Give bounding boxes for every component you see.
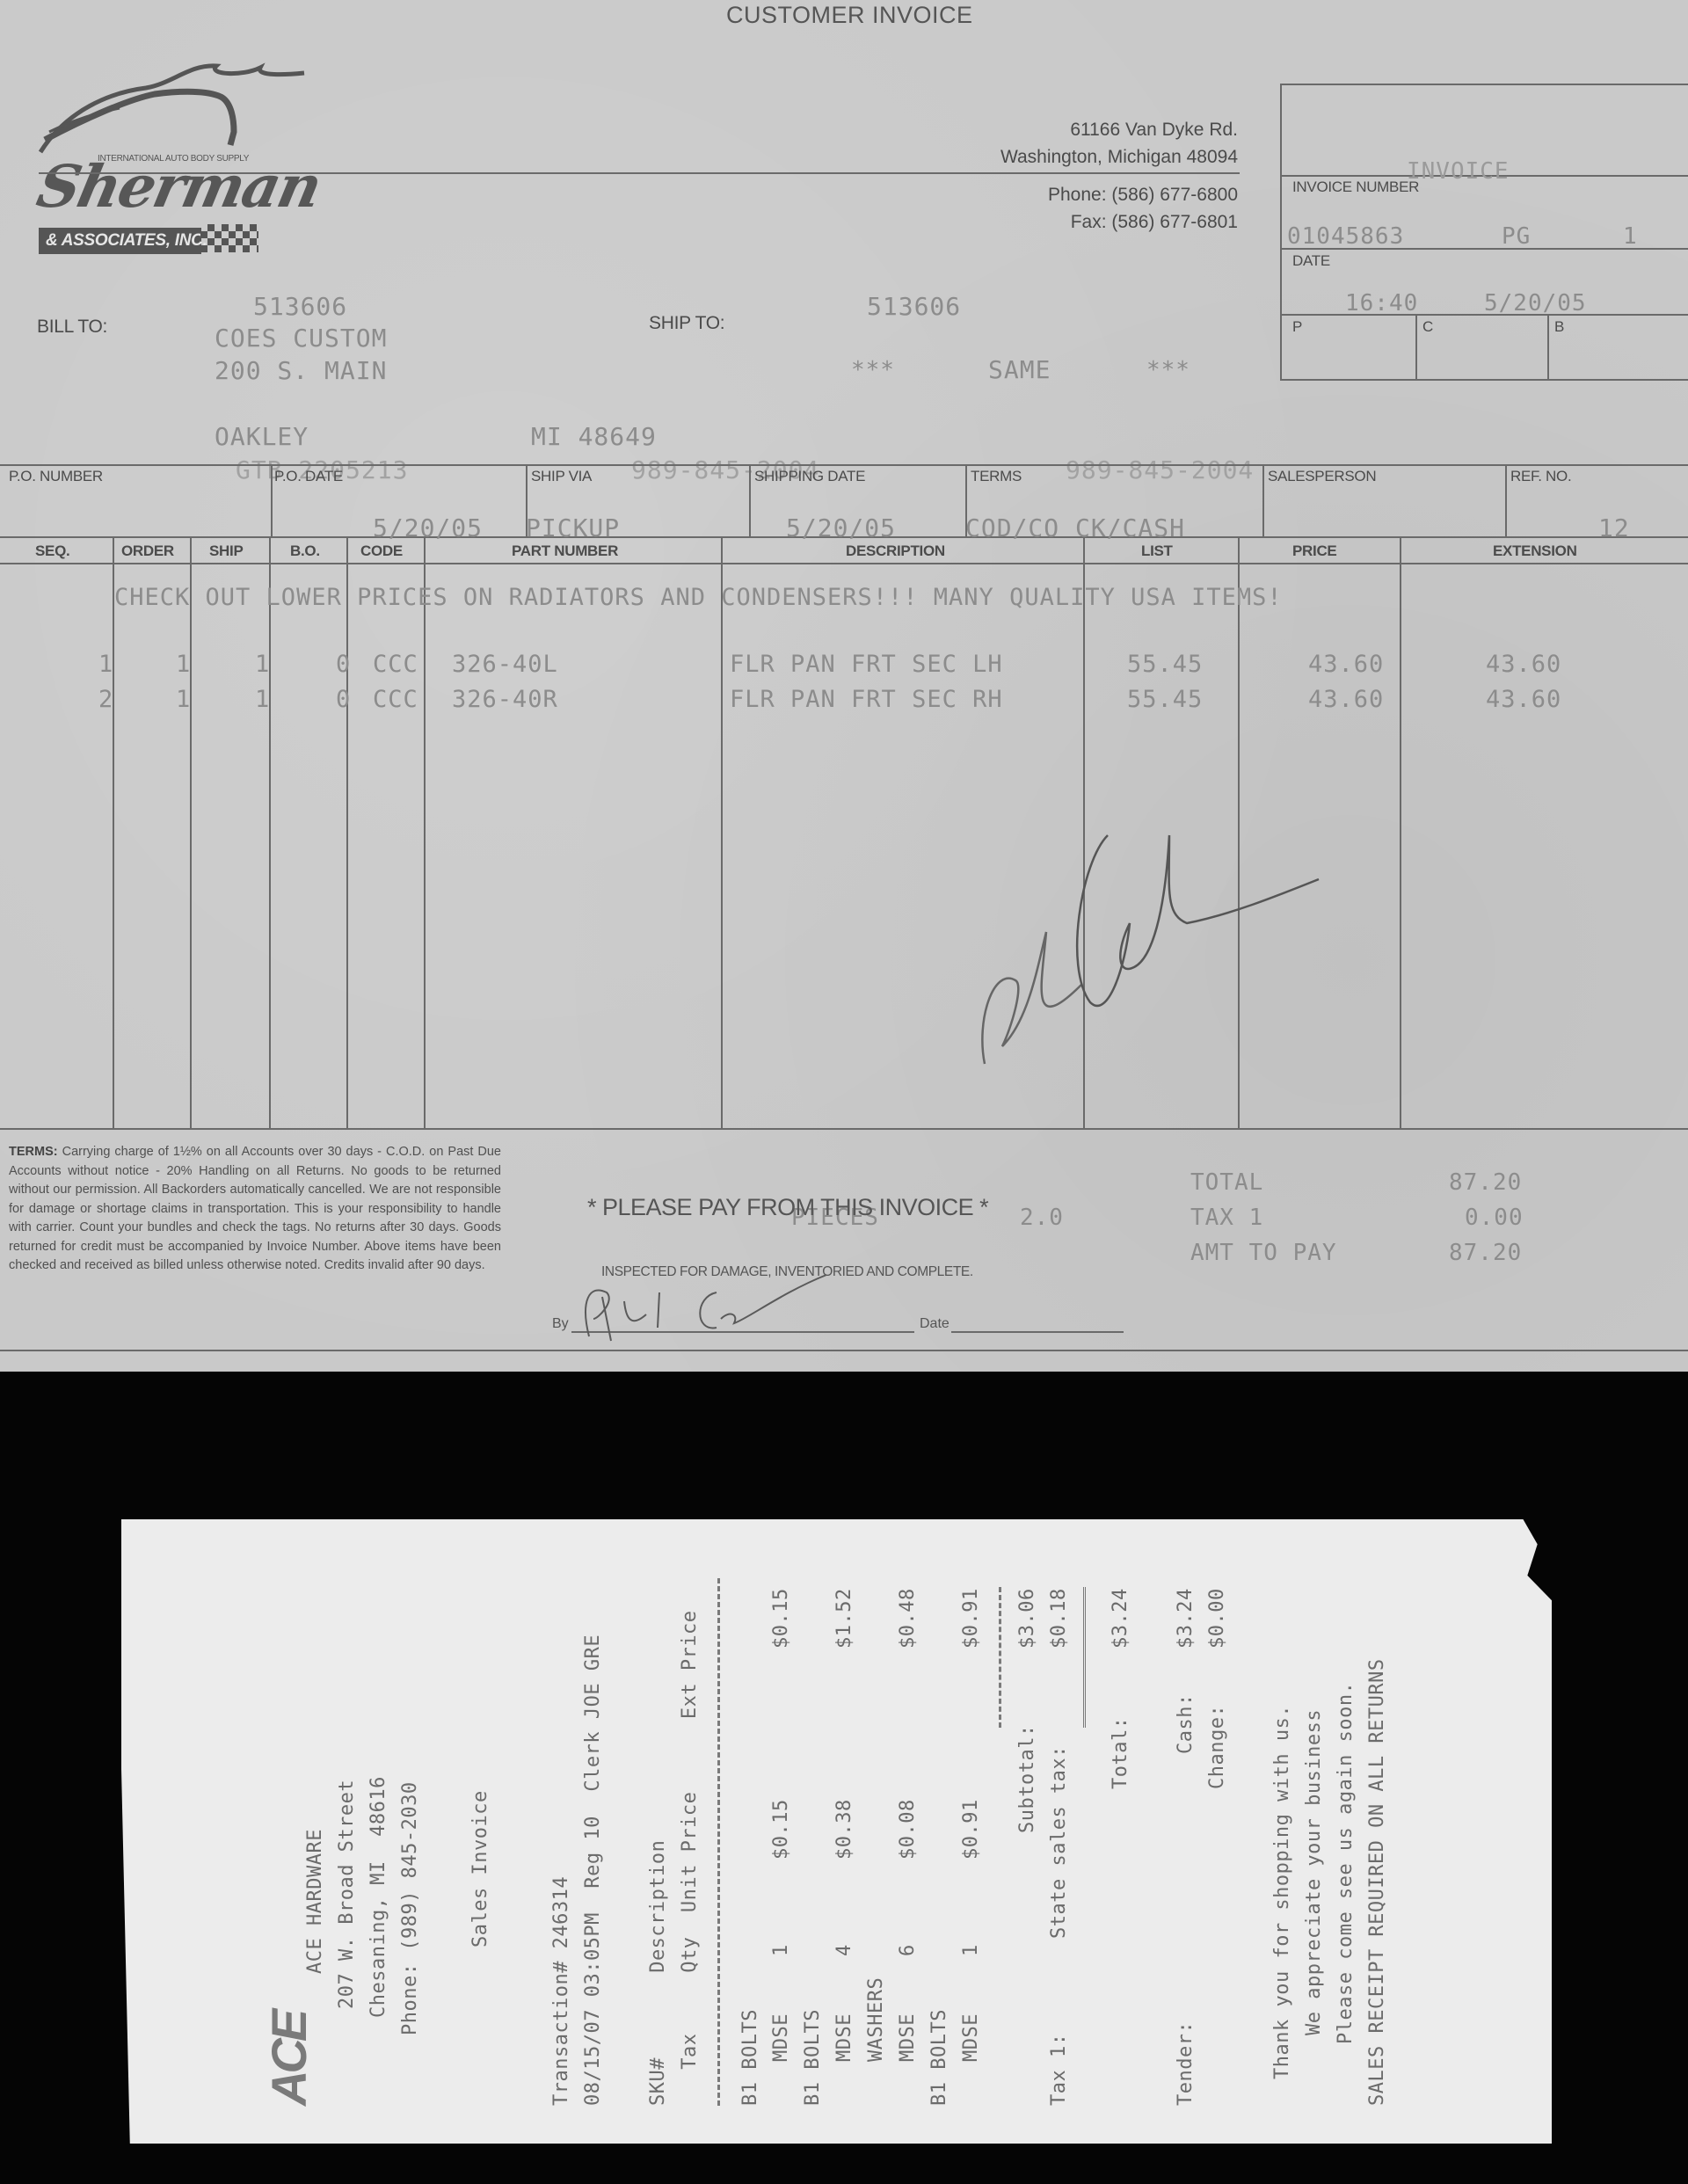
overprint-phone-2: 989-845-2004	[1066, 455, 1254, 484]
bill-to-street: 200 S. MAIN	[215, 356, 387, 385]
signature-mark	[976, 809, 1345, 1090]
shipping-date-value: 5/20/05	[786, 513, 896, 542]
shipping-date-label: SHIPPING DATE	[754, 468, 865, 485]
total-value: 87.20	[1449, 1169, 1522, 1196]
row-list: 55.45	[1127, 651, 1203, 678]
row-part: 326-40L	[452, 651, 558, 678]
col-bo: B.O.	[290, 542, 320, 560]
col-seq: SEQ.	[35, 542, 69, 560]
row-extension: 43.60	[1486, 651, 1561, 678]
row-seq: 1	[98, 651, 113, 678]
c-label: C	[1422, 318, 1433, 336]
col-description: DESCRIPTION	[846, 542, 945, 560]
col-price: PRICE	[1292, 542, 1336, 560]
tax-value: 0.00	[1465, 1205, 1524, 1231]
ref-no-value: 12	[1598, 513, 1630, 542]
ship-to-stars-right: ***	[1146, 357, 1190, 383]
amount-to-pay-label: AMT TO PAY	[1190, 1240, 1337, 1266]
bill-to-name: COES CUSTOM	[215, 324, 387, 353]
p-label: P	[1292, 318, 1302, 336]
customer-invoice: CUSTOMER INVOICE INTERNATIONAL AUTO BODY…	[0, 0, 1688, 1372]
terms-paragraph: TERMS: Carrying charge of 1½% on all Acc…	[9, 1143, 501, 1276]
invoice-number: 01045863	[1287, 223, 1404, 250]
col-part-number: PART NUMBER	[512, 542, 618, 560]
ship-to-account: 513606	[867, 292, 961, 321]
ref-no-label: REF. NO.	[1510, 468, 1571, 485]
row-part: 326-40R	[452, 686, 558, 713]
signature-by	[563, 1266, 844, 1345]
row-list: 55.45	[1127, 686, 1203, 713]
amount-to-pay-value: 87.20	[1449, 1240, 1522, 1266]
logo-suffix: & ASSOCIATES, INC.	[39, 228, 201, 254]
bill-to-city: OAKLEY	[215, 422, 309, 451]
ship-to-label: SHIP TO:	[649, 313, 724, 334]
date-field-label: Date	[920, 1316, 949, 1332]
row-price: 43.60	[1308, 686, 1384, 713]
company-phone: Phone: (586) 677-6800	[879, 181, 1238, 208]
ship-to-value: SAME	[988, 355, 1051, 384]
col-order: ORDER	[121, 542, 174, 560]
row-extension: 43.60	[1486, 686, 1561, 713]
address-line-1: 61166 Van Dyke Rd.	[879, 116, 1238, 143]
date-line	[951, 1331, 1124, 1333]
col-code: CODE	[360, 542, 403, 560]
row-code: CCC	[373, 651, 418, 678]
logo-name: Sherman	[32, 152, 327, 221]
terms-heading: TERMS:	[9, 1145, 58, 1159]
company-address: 61166 Van Dyke Rd. Washington, Michigan …	[879, 116, 1238, 236]
tax-label: TAX 1	[1190, 1205, 1263, 1231]
ship-via-label: SHIP VIA	[531, 468, 592, 485]
row-description: FLR PAN FRT SEC RH	[730, 686, 1003, 713]
col-extension: EXTENSION	[1493, 542, 1577, 560]
date-label: DATE	[1292, 252, 1330, 270]
col-list: LIST	[1141, 542, 1173, 560]
bottom-rule	[0, 1350, 1688, 1351]
col-ship: SHIP	[209, 542, 243, 560]
invoice-time: 16:40	[1345, 290, 1418, 317]
row-seq: 2	[98, 686, 113, 713]
invoice-number-label: INVOICE NUMBER	[1292, 178, 1419, 196]
bill-to-account: 513606	[253, 292, 347, 321]
po-number-label: P.O. NUMBER	[9, 468, 103, 485]
bill-to-label: BILL TO:	[37, 317, 107, 338]
invoice-date: 5/20/05	[1484, 290, 1587, 317]
po-date-label: P.O. DATE	[274, 468, 343, 485]
row-bo: 0	[336, 686, 351, 713]
promo-message: CHECK OUT LOWER PRICES ON RADIATORS AND …	[114, 584, 1283, 611]
page-label: PG	[1502, 223, 1531, 250]
bill-to-state-zip: MI 48649	[531, 422, 657, 451]
page-number: 1	[1623, 223, 1638, 250]
total-label: TOTAL	[1190, 1169, 1263, 1196]
address-line-2: Washington, Michigan 48094	[879, 143, 1238, 171]
row-ship: 1	[255, 651, 270, 678]
car-silhouette-icon	[32, 48, 410, 163]
terms-body: Carrying charge of 1½% on all Accounts o…	[9, 1145, 501, 1272]
row-description: FLR PAN FRT SEC LH	[730, 651, 1003, 678]
terms-label: TERMS	[971, 468, 1022, 485]
po-date-value: 5/20/05	[373, 513, 483, 542]
row-order: 1	[176, 651, 191, 678]
row-ship: 1	[255, 686, 270, 713]
pay-from-invoice-note: * PLEASE PAY FROM THIS INVOICE *	[587, 1194, 988, 1221]
ship-to-stars-left: ***	[851, 357, 895, 383]
row-order: 1	[176, 686, 191, 713]
invoice-stamp: INVOICE	[1407, 158, 1510, 185]
ship-via-value: PICKUP	[526, 513, 620, 542]
terms-value: COD/CO CK/CASH	[965, 513, 1185, 542]
document-title: CUSTOMER INVOICE	[726, 2, 973, 29]
checker-flag-icon	[200, 224, 258, 252]
row-bo: 0	[336, 651, 351, 678]
company-logo: INTERNATIONAL AUTO BODY SUPPLY Sherman &…	[32, 48, 410, 259]
row-price: 43.60	[1308, 651, 1384, 678]
company-fax: Fax: (586) 677-6801	[879, 208, 1238, 236]
row-code: CCC	[373, 686, 418, 713]
ace-receipt-paper	[121, 1519, 1552, 2144]
pieces-value: 2.0	[1020, 1205, 1064, 1231]
b-label: B	[1554, 318, 1564, 336]
salesperson-label: SALESPERSON	[1268, 468, 1376, 485]
